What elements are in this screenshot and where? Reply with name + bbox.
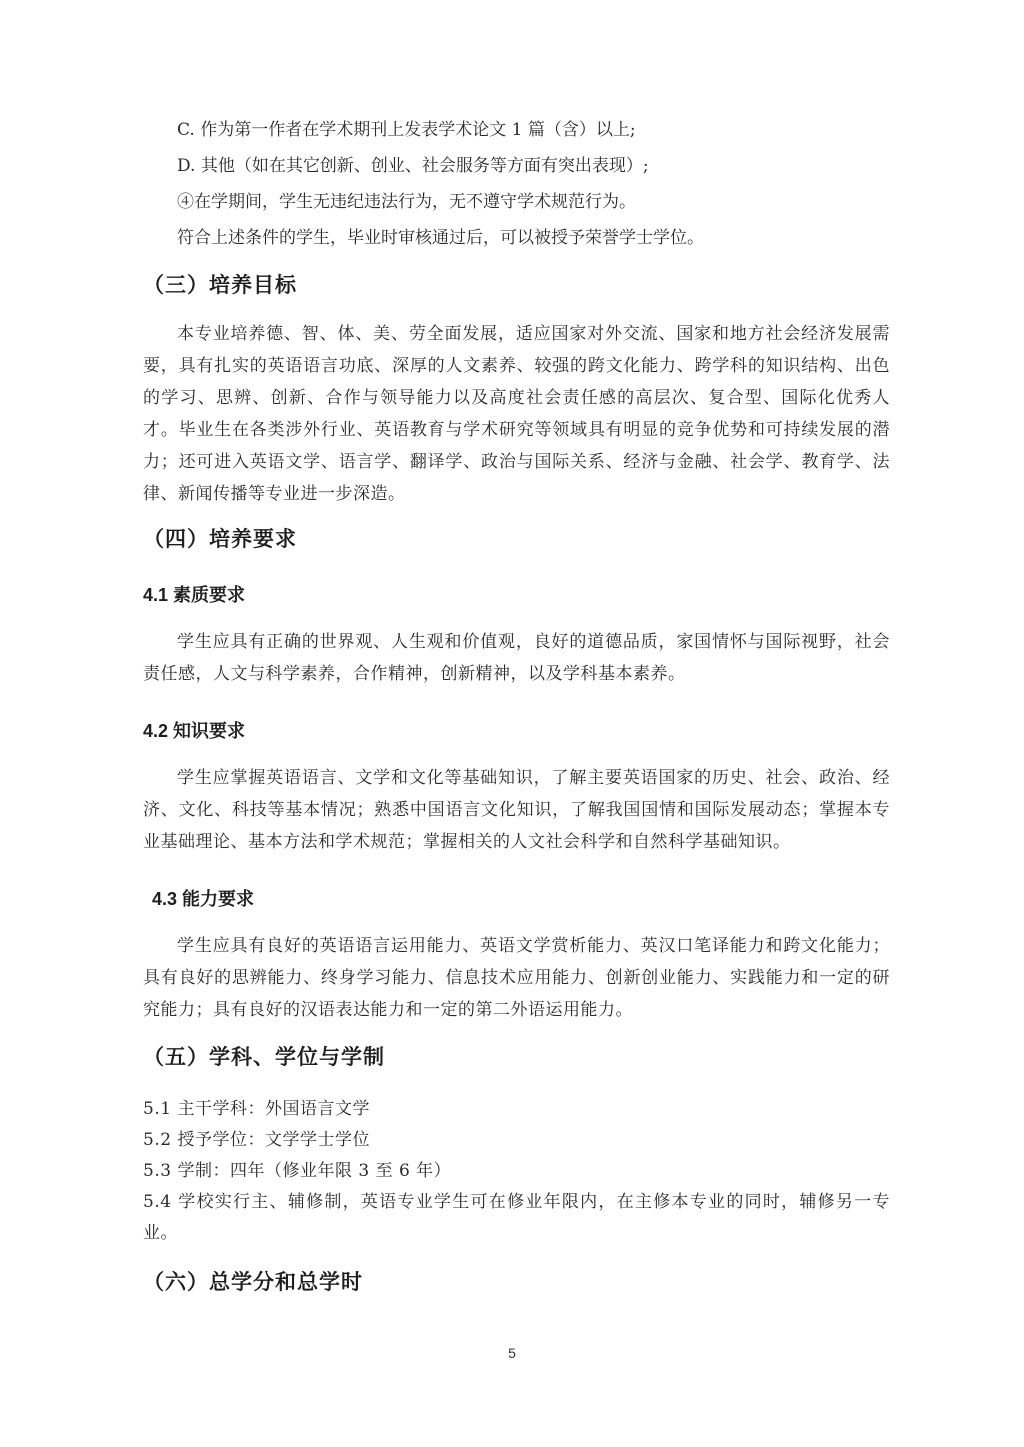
subsection-4-1-heading: 4.1 素质要求 <box>143 580 890 610</box>
section-total-credits-hours: （六）总学分和总学时 <box>143 1267 890 1299</box>
section-training-requirements: （四）培养要求 4.1 素质要求 学生应具有正确的世界观、人生观和价值观，良好的… <box>143 524 890 1026</box>
document-page: C. 作为第一作者在学术期刊上发表学术论文 1 篇（含）以上; D. 其他（如在… <box>0 0 1024 1447</box>
section-6-heading: （六）总学分和总学时 <box>143 1267 890 1299</box>
section-5-heading: （五）学科、学位与学制 <box>143 1042 890 1074</box>
carryover-line-rule4: ④在学期间，学生无违纪违法行为，无不遵守学术规范行为。 <box>143 184 890 220</box>
section-3-paragraph: 本专业培养德、智、体、美、劳全面发展，适应国家对外交流、国家和地方社会经济发展需… <box>143 318 890 510</box>
subsection-4-3-heading: 4.3 能力要求 <box>152 884 890 914</box>
carryover-line-d: D. 其他（如在其它创新、创业、社会服务等方面有突出表现）; <box>143 148 890 184</box>
carryover-block: C. 作为第一作者在学术期刊上发表学术论文 1 篇（含）以上; D. 其他（如在… <box>143 112 890 256</box>
section-5-item-4: 5.4 学校实行主、辅修制，英语专业学生可在修业年限内，在主修本专业的同时，辅修… <box>143 1187 890 1249</box>
section-4-heading: （四）培养要求 <box>143 524 890 556</box>
carryover-line-c: C. 作为第一作者在学术期刊上发表学术论文 1 篇（含）以上; <box>143 112 890 148</box>
section-training-objectives: （三）培养目标 本专业培养德、智、体、美、劳全面发展，适应国家对外交流、国家和地… <box>143 270 890 510</box>
subsection-4-3-paragraph: 学生应具有良好的英语语言运用能力、英语文学赏析能力、英汉口笔译能力和跨文化能力；… <box>143 930 890 1026</box>
section-5-item-1: 5.1 主干学科：外国语言文学 <box>143 1094 890 1125</box>
section-3-heading: （三）培养目标 <box>143 270 890 302</box>
subsection-4-2-heading: 4.2 知识要求 <box>143 716 890 746</box>
subsection-4-2-paragraph: 学生应掌握英语语言、文学和文化等基础知识，了解主要英语国家的历史、社会、政治、经… <box>143 762 890 858</box>
page-number: 5 <box>0 1345 1024 1361</box>
carryover-line-conclusion: 符合上述条件的学生，毕业时审核通过后，可以被授予荣誉学士学位。 <box>143 220 890 256</box>
subsection-4-1-paragraph: 学生应具有正确的世界观、人生观和价值观，良好的道德品质，家国情怀与国际视野，社会… <box>143 626 890 690</box>
section-5-item-3: 5.3 学制：四年（修业年限 3 至 6 年） <box>143 1156 890 1187</box>
section-5-item-2: 5.2 授予学位：文学学士学位 <box>143 1125 890 1156</box>
section-discipline-degree-duration: （五）学科、学位与学制 5.1 主干学科：外国语言文学 5.2 授予学位：文学学… <box>143 1042 890 1249</box>
